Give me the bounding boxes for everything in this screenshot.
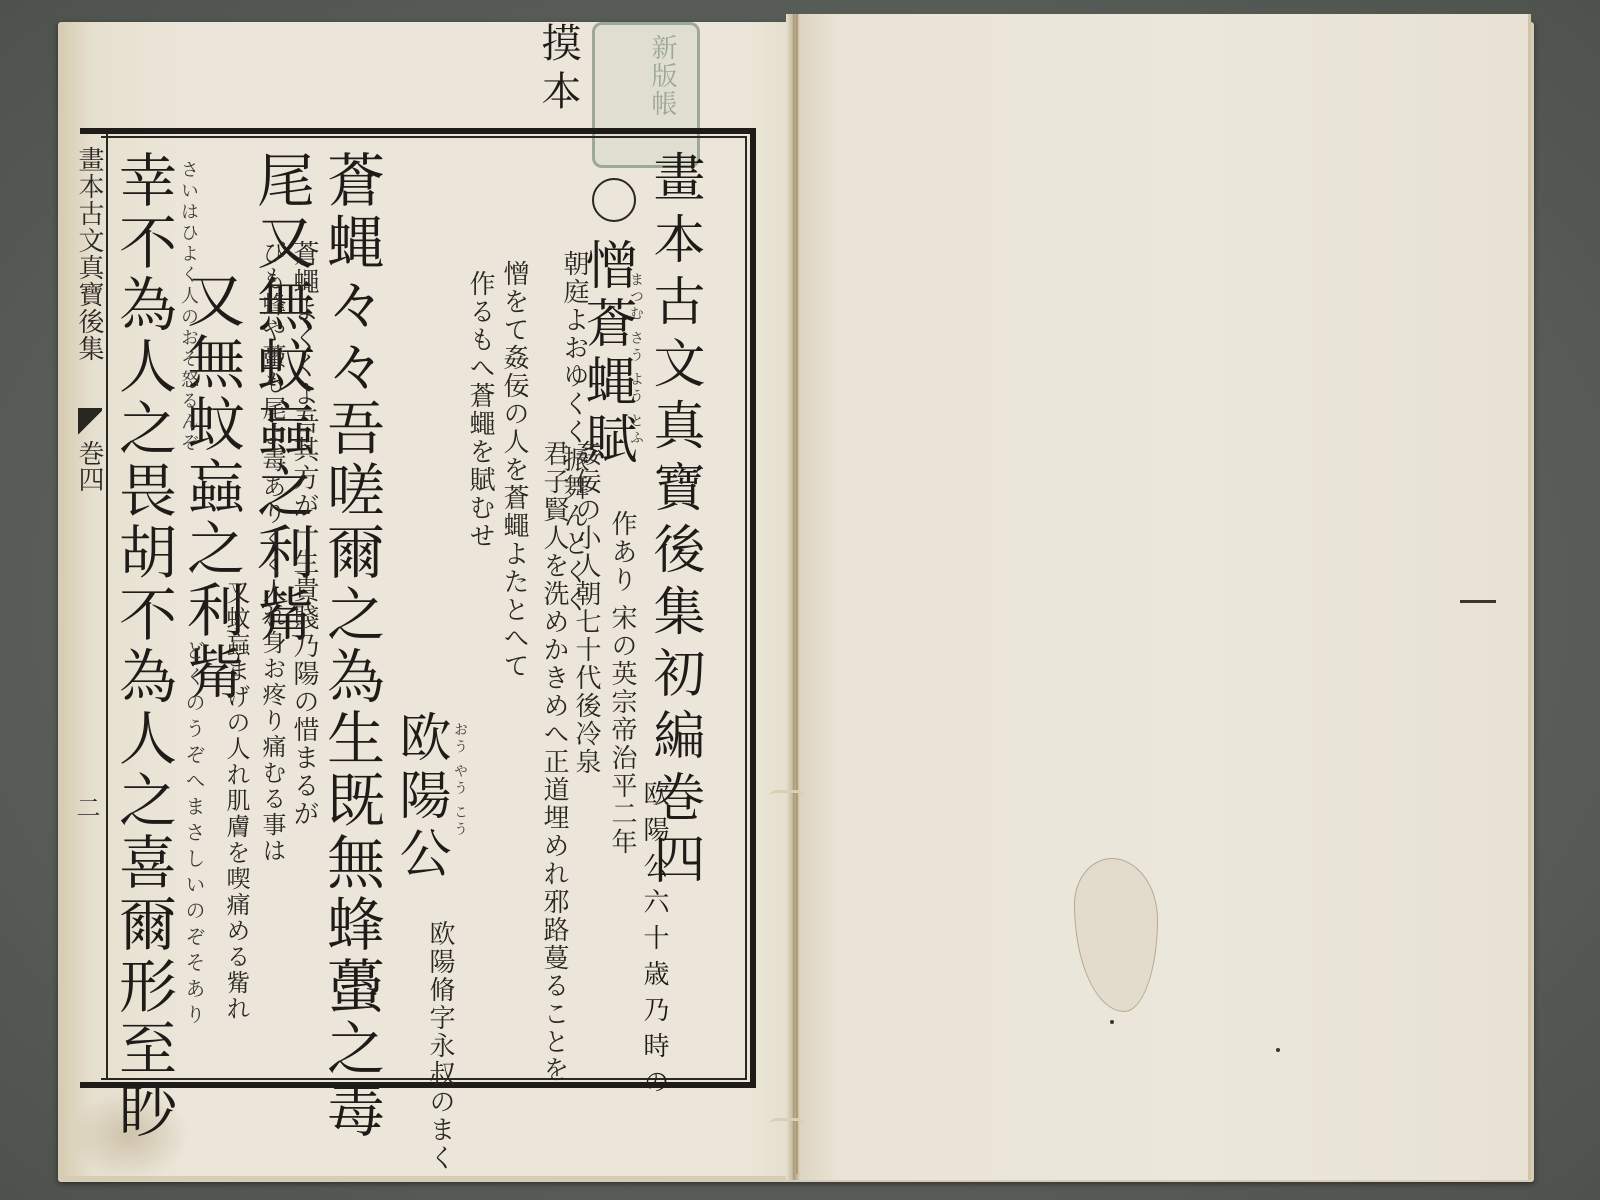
stitch-mark (770, 1118, 804, 1133)
binding-thread (796, 14, 798, 1174)
author-note: 欧陽脩字永叔のまく (426, 920, 454, 1172)
main-text-column: 幸不為人之畏胡不為人之喜爾形至眇 (112, 150, 174, 1142)
gloss-column: さいはひよく人のおそ怒るんぞ (180, 160, 196, 454)
main-text-column: 蒼蝿々々吾嗟爾之為生既無蜂蠆之毒 (320, 150, 382, 1142)
header-note: 欧陽公六十歳乃時の (640, 780, 668, 1104)
work-title-ruby: まつむ さう よう とふ (628, 272, 644, 447)
gloss-column: 又蚊蝱まげの人れ肌膚を喫痛める觜れ (222, 580, 250, 1022)
author-ruby: おう やう こう (452, 722, 468, 839)
gloss-column: びも蜂や蠆も尾よ毒ありくく人れ身お疼り痛むる事は (258, 240, 286, 864)
note-column: 作るもへ蒼蠅を賦むせ (466, 270, 494, 550)
ink-speck (1276, 1048, 1280, 1052)
stitch-mark (770, 790, 804, 805)
page-mark (1460, 600, 1496, 603)
note-column: 憎をて姦佞の人を蒼蠅よたとへて (500, 260, 528, 680)
right-page-blank (800, 14, 1531, 1180)
author-name: 欧陽公 (392, 710, 448, 884)
gloss-column: 蒼蠅よくくよ吾其方が一生貴賤乃陽の惜まるが (290, 240, 318, 828)
section-circle-icon (592, 178, 636, 222)
note-column: 作あり 宋の英宗帝治平二年 (608, 510, 636, 856)
top-margin-label: 摸本 (536, 22, 580, 118)
ink-speck (1110, 1020, 1114, 1024)
gloss-column: どくのうぞへまさしいのぞそあり (186, 640, 202, 1030)
note-column: 朝庭よおゆくく振舞んとくく (560, 250, 588, 614)
